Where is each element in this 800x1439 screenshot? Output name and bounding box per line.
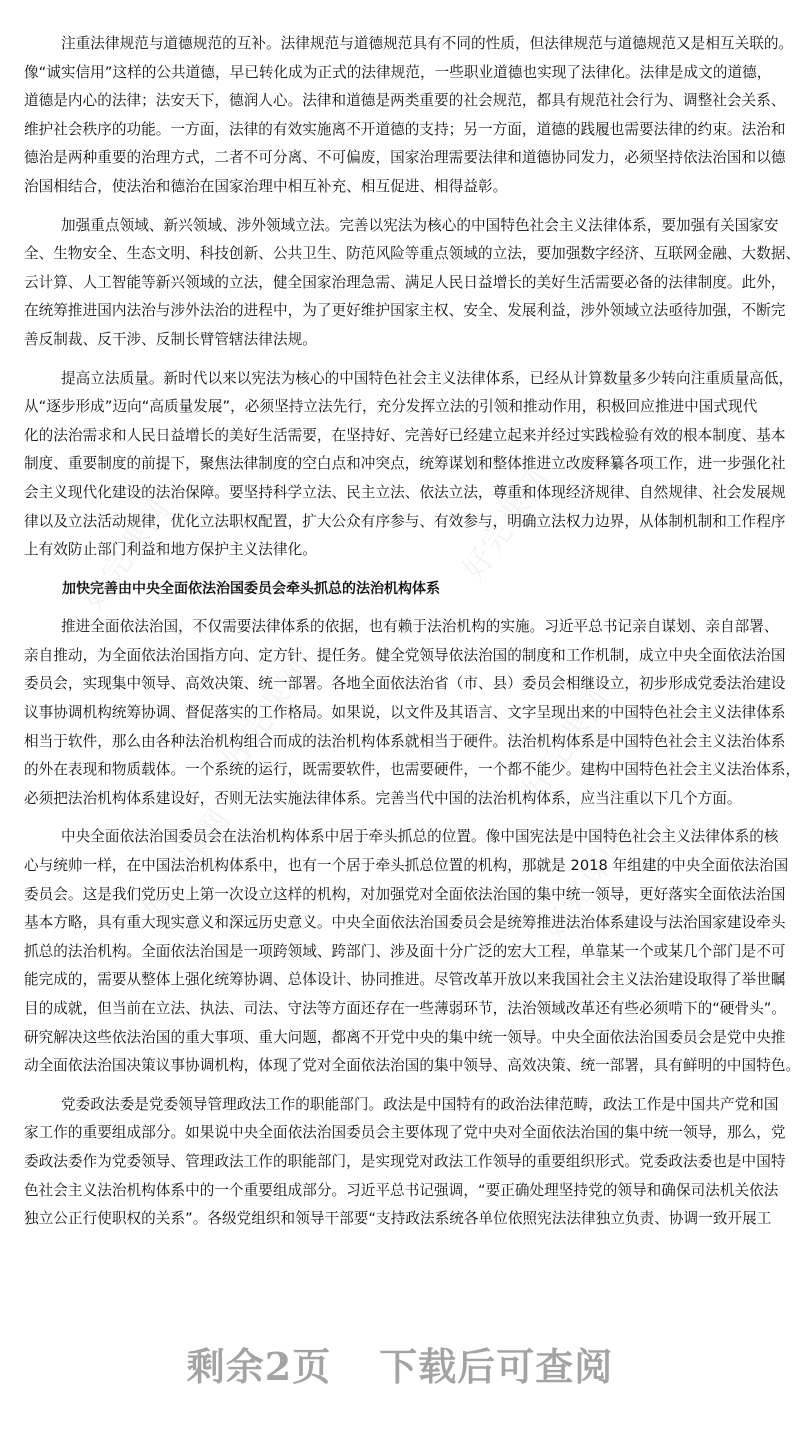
text-line: 研究解决这些依法治国的重大事项、重大问题，都离不开党中央的集中统一领导。中央全面… — [24, 1024, 784, 1053]
paragraph-rule-of-law-and-morality: 注重法律规范与道德规范的互补。法律规范与道德规范具有不同的性质，但法律规范与道德… — [24, 30, 784, 202]
text-line: 的外在表现和物质载体。一个系统的运行，既需要软件，也需要硬件，一个都不能少。建构… — [24, 756, 784, 785]
text-line: 独立公正行使职权的关系”。各级党组织和领导干部要“支持政法系统各单位依照宪法法律… — [24, 1205, 784, 1234]
text-line: 全、生物安全、生态文明、科技创新、公共卫生、防范风险等重点领域的立法，要加强数字… — [24, 240, 784, 269]
text-line: 议事协调机构统筹协调、督促落实的工作格局。如果说，以文件及其语言、文字呈现出来的… — [24, 699, 784, 728]
text-line: 注重法律规范与道德规范的互补。法律规范与道德规范具有不同的性质，但法律规范与道德… — [24, 30, 784, 59]
text-line: 会主义现代化建设的法治保障。要坚持科学立法、民主立法、依法立法，尊重和体现经济规… — [24, 479, 784, 508]
text-line: 制度、重要制度的前提下，聚焦法律制度的空白点和冲突点，统筹谋划和整体推进立改废释… — [24, 450, 784, 479]
remaining-pages-label: 剩余2页 — [187, 1344, 331, 1389]
text-line: 必须把法治机构体系建设好，否则无法实施法律体系。完善当代中国的法治机构体系，应当… — [24, 785, 784, 814]
text-line: 化的法治需求和人民日益增长的美好生活需要，在坚持好、完善好已经建立起来并经过实践… — [24, 422, 784, 451]
text-line: 中央全面依法治国委员会在法治机构体系中居于牵头抓总的位置。像中国宪法是中国特色社… — [24, 823, 784, 852]
text-line: 委员会。这是我们党历史上第一次设立这样的机构，对加强党对全面依法治国的集中统一领… — [24, 881, 784, 910]
document-body: 注重法律规范与道德规范的互补。法律规范与道德规范具有不同的性质，但法律规范与道德… — [24, 30, 784, 1244]
text-line: 推进全面依法治国，不仅需要法律体系的依据，也有赖于法治机构的实施。习近平总书记亲… — [24, 613, 784, 642]
text-line: 目的成就，但当前在立法、执法、司法、守法等方面还存在一些薄弱环节，法治领域改革还… — [24, 995, 784, 1024]
text-line: 基本方略，具有重大现实意义和深远历史意义。中央全面依法治国委员会是统筹推进法治体… — [24, 909, 784, 938]
text-line: 从“逐步形成”迈向“高质量发展”，必须坚持立法先行，充分发挥立法的引领和推动作用… — [24, 393, 784, 422]
document-page: 好完课网 好完课网 好完课网 好完课网 好完课网 好完课网 注重法律规范与道德规… — [0, 0, 800, 1439]
text-line: 亲自推动，为全面依法治国指方向、定方针、提任务。健全党领导依法治国的制度和工作机… — [24, 642, 784, 671]
text-line: 维护社会秩序的功能。一方面，法律的有效实施离不开道德的支持；另一方面，道德的践履… — [24, 116, 784, 145]
text-line: 德治是两种重要的治理方式，二者不可分离、不可偏废，国家治理需要法律和道德协同发力… — [24, 144, 784, 173]
text-line: 委员会，实现集中领导、高效决策、统一部署。各地全面依法治省（市、县）委员会相继设… — [24, 670, 784, 699]
paragraph-rule-of-law-institutions: 推进全面依法治国，不仅需要法律体系的依据，也有赖于法治机构的实施。习近平总书记亲… — [24, 613, 784, 813]
paragraph-central-commission: 中央全面依法治国委员会在法治机构体系中居于牵头抓总的位置。像中国宪法是中国特色社… — [24, 823, 784, 1080]
text-line: 律以及立法活动规律，优化立法职权配置，扩大公众有序参与、有效参与，明确立法权力边… — [24, 508, 784, 537]
text-line: 上有效防止部门利益和地方保护主义法律化。 — [24, 536, 784, 565]
text-line: 委政法委作为党委领导、管理政法工作的职能部门，是实现党对政法工作领导的重要组织形… — [24, 1148, 784, 1177]
text-line: 提高立法质量。新时代以来以宪法为核心的中国特色社会主义法律体系，已经从计算数量多… — [24, 365, 784, 394]
text-line: 家工作的重要组成部分。如果说中央全面依法治国委员会主要体现了党中央对全面依法治国… — [24, 1119, 784, 1148]
download-prompt-banner[interactable]: 剩余2页下载后可查阅 — [0, 1336, 800, 1391]
paragraph-political-legal-committee: 党委政法委是党委领导管理政法工作的职能部门。政法是中国特有的政治法律范畴，政法工… — [24, 1091, 784, 1234]
text-line: 在统筹推进国内法治与涉外法治的进程中，为了更好维护国家主权、安全、发展利益，涉外… — [24, 297, 784, 326]
text-line: 心与统帅一样，在中国法治机构体系中，也有一个居于牵头抓总位置的机构，那就是 20… — [24, 852, 784, 881]
paragraph-legislative-quality: 提高立法质量。新时代以来以宪法为核心的中国特色社会主义法律体系，已经从计算数量多… — [24, 365, 784, 565]
text-line: 党委政法委是党委领导管理政法工作的职能部门。政法是中国特有的政治法律范畴，政法工… — [24, 1091, 784, 1120]
text-line: 道德是内心的法律；法安天下，德润人心。法律和道德是两类重要的社会规范，都具有规范… — [24, 87, 784, 116]
text-line: 抓总的法治机构。全面依法治国是一项跨领域、跨部门、涉及面十分广泛的宏大工程，单靠… — [24, 938, 784, 967]
paragraph-key-areas-legislation: 加强重点领域、新兴领域、涉外领域立法。完善以宪法为核心的中国特色社会主义法律体系… — [24, 212, 784, 355]
text-line: 动全面依法治国决策议事协调机构，体现了党对全面依法治国的集中领导、高效决策、统一… — [24, 1052, 784, 1081]
text-line: 色社会主义法治机构体系中的一个重要组成部分。习近平总书记强调，“要正确处理坚持党… — [24, 1177, 784, 1206]
text-line: 云计算、人工智能等新兴领域的立法，健全国家治理急需、满足人民日益增长的美好生活需… — [24, 269, 784, 298]
text-line: 治国相结合，使法治和德治在国家治理中相互补充、相互促进、相得益彰。 — [24, 173, 784, 202]
text-line: 能完成的，需要从整体上强化统筹协调、总体设计、协同推进。尽管改革开放以来我国社会… — [24, 966, 784, 995]
text-line: 像“诚实信用”这样的公共道德，早已转化成为正式的法律规范，一些职业道德也实现了法… — [24, 59, 784, 88]
text-line: 相当于软件，那么由各种法治机构组合而成的法治机构体系就相当于硬件。法治机构体系是… — [24, 728, 784, 757]
text-line: 善反制裁、反干涉、反制长臂管辖法律法规。 — [24, 326, 784, 355]
text-line: 加强重点领域、新兴领域、涉外领域立法。完善以宪法为核心的中国特色社会主义法律体系… — [24, 212, 784, 241]
download-to-view-label: 下载后可查阅 — [379, 1344, 613, 1389]
section-heading: 加快完善由中央全面依法治国委员会牵头抓总的法治机构体系 — [24, 575, 784, 604]
